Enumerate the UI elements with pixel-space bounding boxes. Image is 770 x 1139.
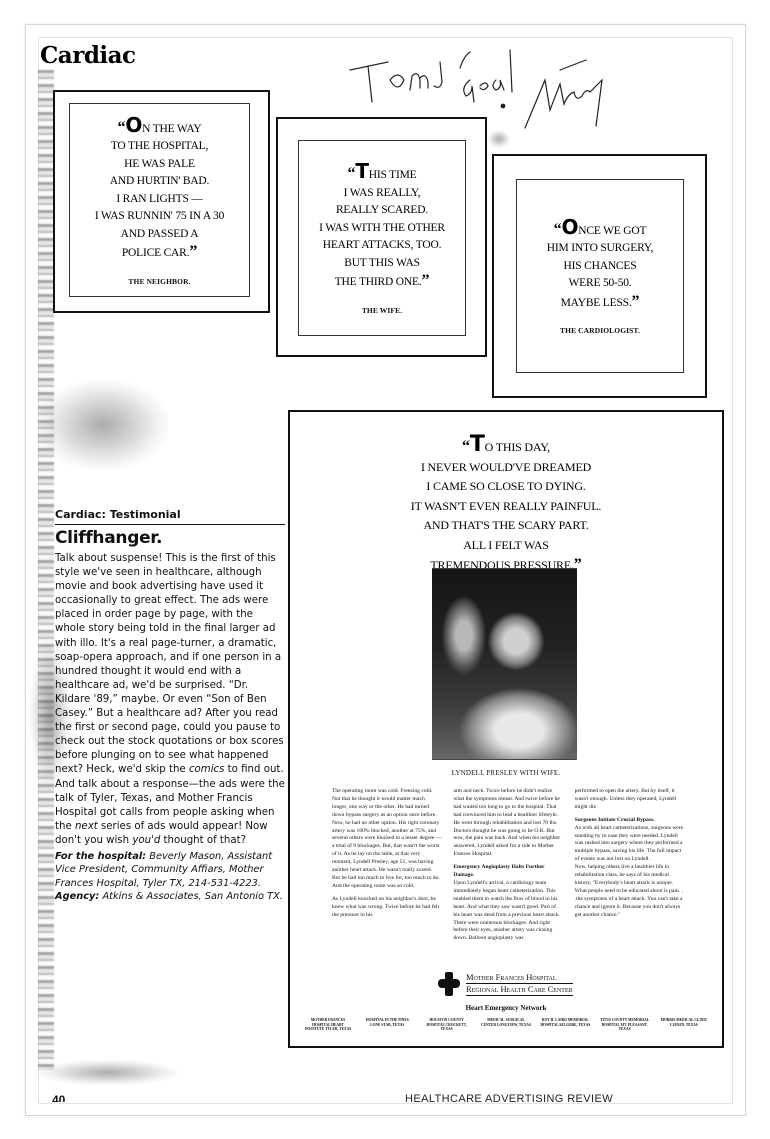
- ad-subheading: Emergency Angioplasty Halts Further Dama…: [453, 864, 562, 880]
- scan-smudge: [38, 380, 168, 470]
- quote-line: POLICE CAR.: [122, 247, 189, 259]
- ad-paragraph: Now, helping others live a healthier lif…: [575, 864, 684, 919]
- credit-label: Agency:: [55, 891, 99, 902]
- section-title: Cardiac: [40, 42, 136, 69]
- ad-paragraph: performed to open the artery. But by its…: [575, 788, 684, 812]
- ad-attribution: THE CARDIOLOGIST.: [560, 326, 640, 335]
- quote-line: NCE WE GOT: [578, 225, 646, 237]
- quote-line: I WAS RUNNIN' 75 IN A 30: [95, 208, 224, 226]
- quote-line: HEART ATTACKS, TOO.: [319, 237, 445, 255]
- teaser-ad-inner: “ON THE WAY TO THE HOSPITAL, HE WAS PALE…: [69, 103, 250, 297]
- scan-smudge: [488, 130, 510, 148]
- teaser-quote: “ONCE WE GOT HIM INTO SURGERY, HIS CHANC…: [547, 217, 653, 313]
- quote-line: O THIS DAY,: [485, 440, 550, 454]
- quote-line: I WAS WITH THE OTHER: [319, 220, 445, 238]
- quote-line: I NEVER WOULD'VE DREAMED: [290, 458, 722, 478]
- quote-line: THE THIRD ONE.: [335, 276, 422, 288]
- article-credits: For the hospital: Beverly Mason, Assista…: [55, 850, 285, 904]
- main-ad: “TO THIS DAY, I NEVER WOULD'VE DREAMED I…: [288, 410, 724, 1048]
- article-headline: Cliffhanger.: [55, 528, 285, 548]
- ad-paragraph: arm and neck. Twice before he didn't rea…: [453, 788, 562, 859]
- ad-attribution: THE NEIGHBOR.: [128, 277, 190, 286]
- article-emphasis: next: [75, 821, 98, 832]
- ad-subheading: Surgeons Initiate Crucial Bypass.: [575, 817, 684, 825]
- credit-label: For the hospital:: [55, 851, 146, 862]
- network-member: Mother Frances Hospital Heart Institute …: [302, 1018, 354, 1032]
- quote-line: WERE 50-50.: [547, 275, 653, 293]
- article-text: Talk about suspense! This is the first o…: [55, 553, 284, 775]
- quote-line: I WAS REALLY,: [319, 185, 445, 203]
- portrait-photo: [432, 568, 577, 760]
- quote-line: HIS TIME: [369, 169, 417, 181]
- ad-attribution: THE WIFE.: [362, 306, 402, 315]
- quote-line: I RAN LIGHTS —: [95, 191, 224, 209]
- quote-line: HIM INTO SURGERY,: [547, 240, 653, 258]
- cross-icon: [438, 972, 460, 996]
- ad-paragraph: As Lyndell knocked on his neighbor's doo…: [332, 896, 441, 920]
- network-title: Heart Emergency Network: [290, 1004, 722, 1012]
- ad-body-column-3: performed to open the artery. But by its…: [575, 788, 684, 948]
- network-member: Hospital in the Pines Lone Star, Texas: [361, 1018, 413, 1032]
- quote-line: IT WASN'T EVEN REALLY PAINFUL.: [290, 497, 722, 517]
- ad-body-column-1: The operating room was cold. Freezing co…: [332, 788, 441, 948]
- scan-edge-artifact: [38, 70, 54, 1070]
- logo-text: Mother Frances Hospital Regional Health …: [466, 972, 573, 996]
- network-member: Medical-Surgical Center Longview, Texas: [480, 1018, 532, 1032]
- ad-body-column-2: arm and neck. Twice before he didn't rea…: [453, 788, 562, 948]
- credit-text: Atkins & Associates, San Antonio TX.: [99, 891, 283, 902]
- quote-line: AND PASSED A: [95, 226, 224, 244]
- quote-line: BUT THIS WAS: [319, 255, 445, 273]
- quote-line: HE WAS PALE: [95, 156, 224, 174]
- network-member: Houston County Hospital Crockett, Texas: [421, 1018, 473, 1032]
- article-kicker: Cardiac: Testimonial: [55, 508, 285, 525]
- photo-caption: LYNDELL PRESLEY WITH WIFE.: [290, 769, 722, 777]
- quote-line: TO THE HOSPITAL,: [95, 138, 224, 156]
- ad-paragraph: As with all heart catheterizations, surg…: [575, 825, 684, 865]
- network-member: Morris Medical Clinic Lufkin, Texas: [658, 1018, 710, 1032]
- network-member: Roy H. Laird Memorial Hospital Kilgore, …: [539, 1018, 591, 1032]
- teaser-ad-wife: “THIS TIME I WAS REALLY, REALLY SCARED. …: [276, 117, 487, 357]
- article-body: Talk about suspense! This is the first o…: [55, 552, 285, 848]
- drop-cap: O: [125, 113, 142, 137]
- ad-paragraph: Upon Lyndell's arrival, a cardiology tea…: [453, 880, 562, 943]
- quote-line: ALL I FELT WAS: [290, 536, 722, 556]
- ad-body-copy: The operating room was cold. Freezing co…: [332, 788, 684, 948]
- quote-line: REALLY SCARED.: [319, 202, 445, 220]
- review-article: Cardiac: Testimonial Cliffhanger. Talk a…: [55, 508, 285, 904]
- article-emphasis: comics: [189, 764, 225, 775]
- article-emphasis: you'd: [132, 835, 160, 846]
- teaser-quote: “ON THE WAY TO THE HOSPITAL, HE WAS PALE…: [95, 115, 224, 263]
- quote-line: I CAME SO CLOSE TO DYING.: [290, 477, 722, 497]
- network-members: Mother Frances Hospital Heart Institute …: [302, 1018, 710, 1032]
- close-quote-mark: ”: [421, 272, 429, 289]
- close-quote-mark: ”: [632, 293, 640, 310]
- drop-cap: T: [355, 159, 368, 183]
- close-quote-mark: ”: [189, 243, 197, 260]
- main-ad-quote: “TO THIS DAY, I NEVER WOULD'VE DREAMED I…: [290, 434, 722, 576]
- ad-paragraph: The operating room was cold. Freezing co…: [332, 788, 441, 891]
- quote-line: N THE WAY: [142, 123, 201, 135]
- drop-cap: T: [470, 432, 485, 457]
- teaser-quote: “THIS TIME I WAS REALLY, REALLY SCARED. …: [319, 161, 445, 292]
- quote-line: MAYBE LESS.: [561, 297, 632, 309]
- quote-line: AND THAT'S THE SCARY PART.: [290, 516, 722, 536]
- teaser-ad-neighbor: “ON THE WAY TO THE HOSPITAL, HE WAS PALE…: [53, 90, 270, 313]
- teaser-ad-cardiologist: “ONCE WE GOT HIM INTO SURGERY, HIS CHANC…: [492, 154, 707, 398]
- quote-line: AND HURTIN' BAD.: [95, 173, 224, 191]
- drop-cap: O: [561, 215, 578, 239]
- page-number: 40: [52, 1093, 65, 1102]
- logo-line-1: Mother Frances Hospital: [466, 972, 573, 984]
- scan-smudge: [38, 1060, 178, 1085]
- publication-name: HEALTHCARE ADVERTISING REVIEW: [405, 1093, 613, 1102]
- article-text: thought of that?: [160, 835, 246, 846]
- teaser-ad-inner: “THIS TIME I WAS REALLY, REALLY SCARED. …: [298, 140, 466, 336]
- quote-line: HIS CHANCES: [547, 258, 653, 276]
- teaser-ad-inner: “ONCE WE GOT HIM INTO SURGERY, HIS CHANC…: [516, 179, 684, 373]
- hospital-logo: Mother Frances Hospital Regional Health …: [438, 972, 573, 996]
- network-member: Titus County Memorial Hospital Mt. Pleas…: [599, 1018, 651, 1032]
- logo-line-2: Regional Health Care Center: [466, 984, 573, 996]
- open-quote-mark: “: [462, 438, 470, 455]
